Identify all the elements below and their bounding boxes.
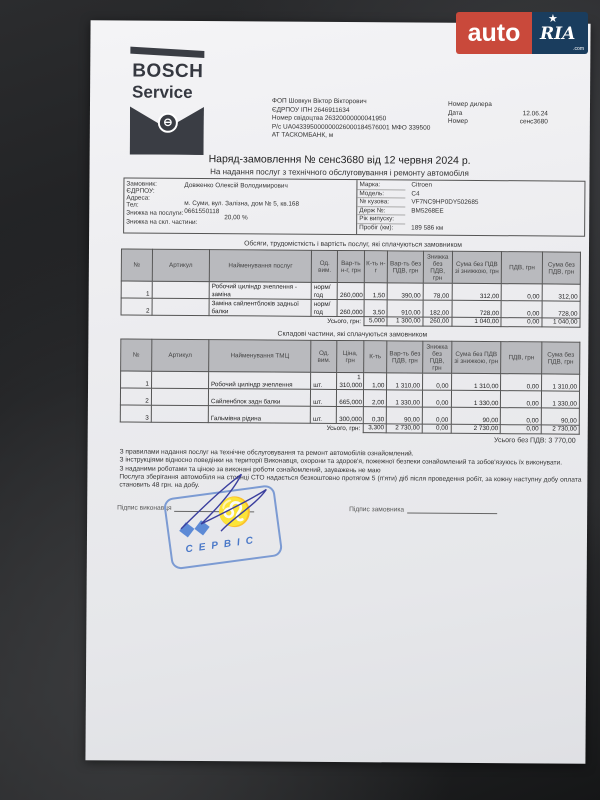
total-label: Усього, грн: xyxy=(121,315,364,325)
vehicle-field-value: VF7NC9HP0DY502685 xyxy=(411,199,478,206)
dealer-number-row: Номер дилера xyxy=(448,101,548,110)
table-cell: 3,50 xyxy=(364,300,388,317)
table-cell: норм/год xyxy=(311,282,337,299)
vehicle-field-label: Рік випуску: xyxy=(359,216,394,223)
table-cell: 78,00 xyxy=(423,283,452,300)
table-cell: 0,30 xyxy=(363,407,387,424)
table-cell: 0,00 xyxy=(501,408,542,425)
column-header: № xyxy=(121,339,152,371)
total-cell: 2 730,00 xyxy=(451,424,501,433)
grand-total: Усього без ПДВ: 3 770,00 xyxy=(494,437,576,445)
autoria-watermark: auto ★ RIA .com xyxy=(456,12,588,54)
table-cell: Сайленблок задн балки xyxy=(208,389,310,407)
dealer-date-value: 12.06.24 xyxy=(523,110,548,119)
total-cell: 3,300 xyxy=(363,424,387,433)
vehicle-field-value: Citroen xyxy=(411,182,432,189)
document-title: Наряд-замовлення № сенс3680 від 12 червн… xyxy=(90,152,590,167)
table-cell: 665,000 xyxy=(337,389,363,406)
table-cell: 1,00 xyxy=(363,373,387,390)
table-cell: 0,00 xyxy=(502,284,543,301)
table-cell: Робочий циліндр зчеплення xyxy=(208,372,310,390)
table-cell: 0,00 xyxy=(422,407,451,424)
column-header: Сума без ПДВ, грн xyxy=(542,342,580,374)
table-cell: 3 xyxy=(120,405,151,422)
table-cell: 260,000 xyxy=(338,282,364,299)
watermark-ria-text: RIA xyxy=(540,24,575,44)
total-cell: 1 040,00 xyxy=(451,317,501,326)
table-header-row: №АртикулНайменування послугОд. вим.Вар-т… xyxy=(121,249,580,284)
watermark-ria: ★ RIA .com xyxy=(532,12,588,54)
table-cell: 0,00 xyxy=(422,390,451,407)
customer-signature-line xyxy=(407,512,497,514)
column-header: Артикул xyxy=(152,339,209,371)
total-cell: 0,00 xyxy=(422,424,451,433)
table-cell: 390,00 xyxy=(387,283,423,300)
dealer-order-label: Номер xyxy=(448,118,468,127)
table-cell: Робочий циліндр зчеплення - заміна xyxy=(209,282,311,300)
total-cell: 0,00 xyxy=(501,318,541,327)
vehicle-field-value: BM5268EE xyxy=(411,207,443,214)
table-cell: Заміна сайлентблоків задньої балки xyxy=(209,299,311,317)
vehicle-field-label: Держ №: xyxy=(359,207,385,214)
phone-label: Тел: xyxy=(126,202,138,209)
table-cell: 1 xyxy=(121,281,152,298)
table-cell: Гальмівна рідина xyxy=(208,406,310,424)
customer-vehicle-box: Замовник: Довженко Олексій Володимирович… xyxy=(123,177,585,236)
customer-value: Довженко Олексій Володимирович xyxy=(184,182,287,190)
table-cell: 728,00 xyxy=(542,301,580,318)
vehicle-field-label: Модель: xyxy=(359,190,384,197)
table-cell: 1 xyxy=(121,371,152,388)
table-cell xyxy=(151,388,208,405)
table-cell: 1 310,00 xyxy=(541,374,579,391)
table-cell: 1 330,00 xyxy=(541,391,579,408)
total-cell: 2 730,00 xyxy=(541,425,579,434)
table-cell: 312,00 xyxy=(452,283,502,300)
table-cell: шт. xyxy=(311,389,337,406)
logo-subbrand: Service xyxy=(132,83,193,103)
table-cell: 260,000 xyxy=(337,299,363,316)
parts-discount-label: Знижка на скл. частини: xyxy=(126,219,197,226)
table-total-row: Усього, грн:5,0001 300,00260,001 040,000… xyxy=(121,315,580,327)
vehicle-field-label: № кузова: xyxy=(359,198,389,205)
dealer-number-label: Номер дилера xyxy=(448,101,492,110)
customer-signature-field: Підпис замовника xyxy=(349,506,497,514)
table-cell: шт. xyxy=(310,406,336,423)
column-header: Найменування ТМЦ xyxy=(209,340,311,373)
table-cell xyxy=(152,281,209,298)
table-cell: 0,00 xyxy=(422,373,451,390)
table-cell: 0,00 xyxy=(501,374,542,391)
dealer-date-label: Дата xyxy=(448,109,462,118)
logo-brand: BOSCH xyxy=(132,61,203,83)
watermark-auto: auto xyxy=(456,12,532,54)
column-header: Знижка без ПДВ, грн xyxy=(423,251,452,283)
table-cell: 2 xyxy=(120,388,151,405)
column-header: ПДВ, грн xyxy=(502,252,543,284)
table-cell: 1 330,00 xyxy=(387,390,423,407)
table-cell: 728,00 xyxy=(452,300,502,317)
column-header: ПДВ, грн xyxy=(501,342,542,374)
table-cell: 1 330,00 xyxy=(451,390,501,407)
table-cell: 2 xyxy=(121,298,152,315)
column-header: Сума без ПДВ зі знижкою, грн xyxy=(451,341,501,373)
table-cell: 90,00 xyxy=(541,408,579,425)
total-cell: 5,000 xyxy=(363,317,387,326)
vehicle-info: Марка:CitroenМодель:C4№ кузова:VF7NC9HP0… xyxy=(356,180,585,236)
dealer-details: Номер дилера Дата 12.06.24 Номер сенс368… xyxy=(448,101,548,127)
table-header-row: №АртикулНайменування ТМЦОд. вим.Ціна, гр… xyxy=(121,339,580,374)
table-cell: 2,00 xyxy=(363,390,387,407)
table-cell: 1 310,00 xyxy=(387,373,423,390)
table-cell: 90,00 xyxy=(451,407,501,424)
total-label: Усього, грн: xyxy=(120,422,363,432)
column-header: К-ть xyxy=(363,341,387,373)
column-header: Од. вим. xyxy=(311,340,337,372)
table-cell: 0,00 xyxy=(501,301,542,318)
work-order-document: BOSCH Service ⊖ ФОП Шовкун Віктор Віктор… xyxy=(85,20,590,763)
table-total-row: Усього, грн:3,3002 730,000,002 730,000,0… xyxy=(120,422,579,434)
table-cell: 1 310,000 xyxy=(337,372,363,389)
column-header: Вар-ть н-г, грн xyxy=(338,250,364,282)
table-cell: 910,00 xyxy=(387,300,423,317)
table-cell: норм/год xyxy=(311,299,337,316)
table-cell: 312,00 xyxy=(542,284,580,301)
vehicle-field-value: C4 xyxy=(411,190,419,197)
column-header: № xyxy=(121,249,152,281)
vehicle-field-label: Пробіг (км): xyxy=(359,224,393,231)
table-cell: 182,00 xyxy=(423,300,452,317)
table-cell: 300,000 xyxy=(337,406,363,423)
column-header: Ціна, грн xyxy=(337,340,363,372)
table-cell: 1 310,00 xyxy=(451,373,501,390)
customer-info: Замовник: Довженко Олексій Володимирович… xyxy=(126,181,356,183)
address-value: м. Суми, вул. Залізна, дом № 5, кв.168 xyxy=(184,200,299,208)
watermark-com: .com xyxy=(573,46,584,52)
column-header: Вар-ть без ПДВ, грн xyxy=(387,341,423,373)
parts-table: №АртикулНайменування ТМЦОд. вим.Ціна, гр… xyxy=(120,338,581,434)
table-cell: 1,50 xyxy=(364,283,388,300)
column-header: Знижка без ПДВ, грн xyxy=(423,341,452,373)
column-header: Сума без ПДВ, грн xyxy=(542,252,580,284)
customer-signature-label: Підпис замовника xyxy=(349,506,404,513)
vehicle-row: Пробіг (км):189 586 км xyxy=(359,224,583,233)
vehicle-field-label: Марка: xyxy=(359,181,380,188)
total-cell: 260,00 xyxy=(423,317,452,326)
total-cell: 0,00 xyxy=(501,425,541,434)
table-cell: 90,00 xyxy=(387,407,423,424)
table-cell: шт. xyxy=(311,372,337,389)
issuer-details: ФОП Шовкун Віктор Вікторович ЄДРПОУ ІПН … xyxy=(272,98,431,142)
dealer-order-row: Номер сенс3680 xyxy=(448,118,548,127)
service-discount-label: Знижка на послуги: xyxy=(126,210,183,217)
executor-signature-scribble xyxy=(171,469,291,540)
table-cell: 0,00 xyxy=(501,391,542,408)
issuer-bank: АТ ТАСКОМБАНК, м xyxy=(272,132,431,142)
table-cell xyxy=(151,405,208,422)
logo-bar xyxy=(130,47,204,58)
column-header: К-ть н-г xyxy=(364,251,388,283)
total-cell: 1 040,00 xyxy=(542,318,580,327)
phone-value: 0661550118 xyxy=(184,208,219,215)
column-header: Найменування послуг xyxy=(209,250,311,283)
vehicle-field-value: 189 586 км xyxy=(411,225,443,232)
column-header: Артикул xyxy=(152,249,209,281)
service-discount-value: 20,00 % xyxy=(224,214,248,221)
column-header: Од. вим. xyxy=(311,250,337,282)
column-header: Сума без ПДВ зі знижкою, грн xyxy=(452,251,502,283)
services-table: №АртикулНайменування послугОд. вим.Вар-т… xyxy=(120,248,581,327)
table-cell xyxy=(152,298,209,315)
dealer-order-value: сенс3680 xyxy=(520,118,548,127)
total-cell: 2 730,00 xyxy=(387,424,423,433)
total-cell: 1 300,00 xyxy=(387,317,423,326)
table-cell xyxy=(151,371,208,388)
column-header: Вар-ть без ПДВ, грн xyxy=(388,251,424,283)
bosch-service-logo: BOSCH Service ⊖ xyxy=(130,49,205,160)
bosch-armature-icon: ⊖ xyxy=(158,113,178,133)
